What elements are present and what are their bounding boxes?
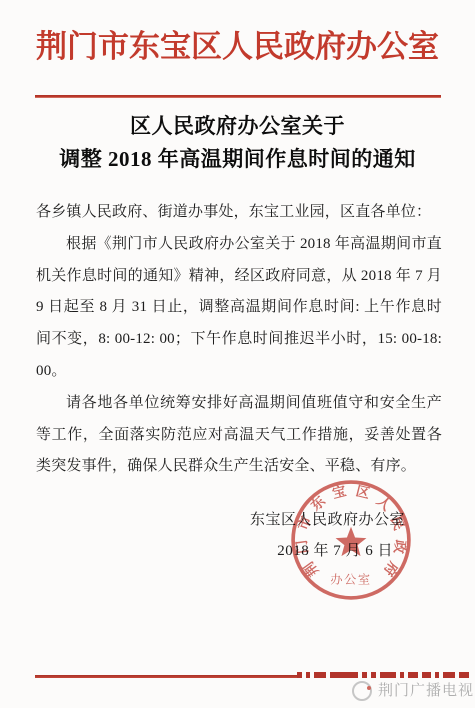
document-page: 荆门市东宝区人民政府办公室 区人民政府办公室关于 调整 2018 年高温期间作息…: [0, 0, 475, 708]
seal-arc-char: 民: [388, 514, 407, 532]
watermark-logo-icon: [352, 681, 372, 701]
letterhead-org-name: 荆门市东宝区人民政府办公室: [0, 24, 475, 70]
letterhead-divider: [35, 95, 441, 98]
document-body: 各乡镇人民政府、街道办事处，东宝工业园，区直各单位： 根据《荆门市人民政府办公室…: [36, 197, 442, 483]
document-title: 区人民政府办公室关于 调整 2018 年高温期间作息时间的通知: [0, 110, 475, 176]
salutation-line: 各乡镇人民政府、街道办事处，东宝工业园，区直各单位：: [36, 197, 442, 229]
watermark-text: 荆门广播电视台: [378, 682, 475, 700]
seal-bottom-label: 办公室: [330, 572, 371, 587]
seal-arc-char: 门: [293, 539, 311, 555]
body-paragraph-2: 请各地各单位统筹安排好高温期间值班值守和安全生产等工作，全面落实防范应对高温天气…: [36, 388, 442, 483]
official-seal: 荆 门 市 东 宝 区 人 民 政 府 办公室: [287, 476, 415, 604]
seal-arc-char: 宝: [330, 482, 347, 501]
seal-arc-char: 区: [354, 483, 371, 501]
footer-dashes: [297, 672, 475, 678]
seal-star-icon: [336, 527, 367, 556]
document-title-line2: 调整 2018 年高温期间作息时间的通知: [0, 143, 475, 176]
seal-arc-char: 东: [307, 492, 328, 513]
footer-rule: [35, 675, 300, 678]
seal-arc-char: 荆: [300, 559, 321, 580]
seal-arc-char: 府: [381, 559, 402, 580]
body-paragraph-1: 根据《荆门市人民政府办公室关于 2018 年高温期间市直机关作息时间的通知》精神…: [36, 229, 442, 388]
document-title-line1: 区人民政府办公室关于: [0, 110, 475, 143]
seal-arc-char: 政: [391, 539, 409, 555]
